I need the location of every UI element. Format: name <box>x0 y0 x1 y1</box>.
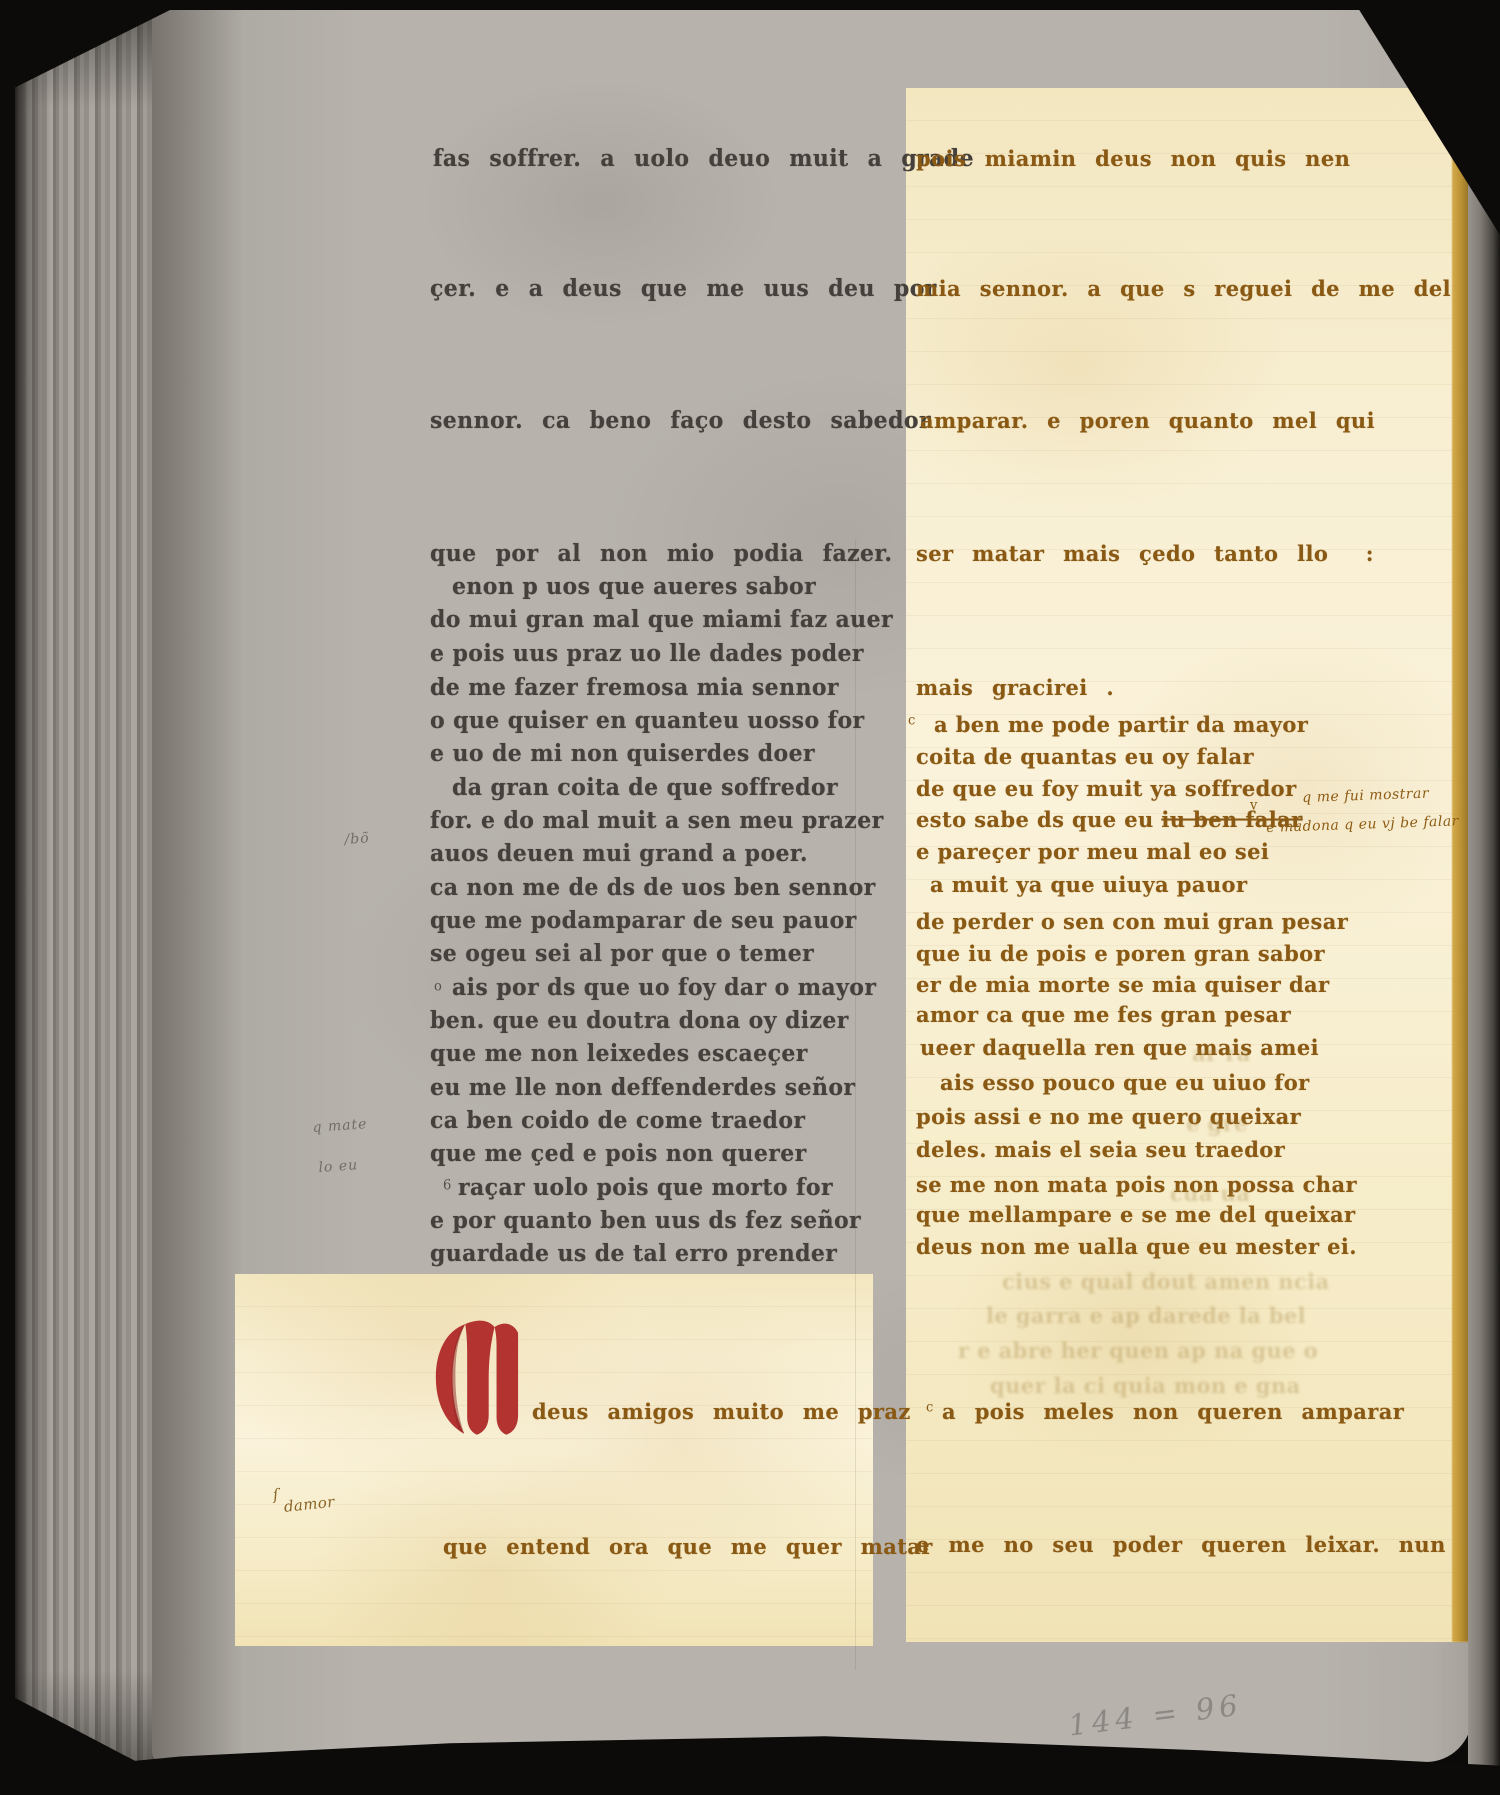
illuminated-initial-m <box>428 1316 522 1438</box>
manuscript-line-left: sennor. ca beno faço desto sabedor <box>430 407 931 434</box>
manuscript-line-left: eu me lle non deffenderdes señor <box>430 1074 855 1101</box>
manuscript-line-left: for. e do mal muit a sen meu prazer <box>430 807 884 834</box>
ruling-lines <box>235 1274 873 1646</box>
manuscript-line-right: pois miamin deus non quis nen <box>916 145 1350 171</box>
manuscript-line-left: raçar uolo pois que morto for <box>458 1174 833 1201</box>
manuscript-line-right: se me non mata pois non possa char <box>916 1171 1357 1197</box>
manuscript-line-right: ser matar mais çedo tanto llo : <box>916 540 1374 566</box>
manuscript-line-left: que me podamparar de seu pauor <box>430 907 857 934</box>
manuscript-line-left: do mui gran mal que miami faz auer <box>430 606 893 633</box>
margin-note: lo eu <box>318 1157 359 1176</box>
manuscript-line-left: da gran coita de que soffredor <box>452 774 838 801</box>
manuscript-line-right: mia sennor. a que s reguei de me del <box>916 275 1451 301</box>
manuscript-line-right: esto sabe ds que eu iu ben falar <box>916 806 1303 832</box>
manuscript-line-right: deles. mais el seia seu traedor <box>916 1136 1285 1162</box>
ink-mark: c <box>908 713 916 729</box>
ink-mark: c <box>926 1400 934 1416</box>
manuscript-line-right: e me no seu poder queren leixar. nun <box>916 1531 1446 1557</box>
manuscript-line-right: er de mia morte se mia quiser dar <box>916 971 1330 997</box>
fore-edge <box>1468 0 1500 1795</box>
ghost-showthrough-line: cua ua <box>1170 1180 1250 1206</box>
manuscript-line-bottom-left: que entend ora que me quer matar <box>443 1533 933 1559</box>
highlight-region-bottom-left <box>235 1274 873 1646</box>
manuscript-line-right: que mellampare e se me del queixar <box>916 1201 1356 1227</box>
manuscript-line-left: o que quiser en quanteu uosso for <box>430 707 865 734</box>
photo-frame-top <box>0 0 1500 9</box>
manuscript-line-left: guardade us de tal erro prender <box>430 1240 837 1267</box>
manuscript-line-right: amor ca que me fes gran pesar <box>916 1001 1291 1027</box>
stacked-page-edges <box>14 0 160 1795</box>
manuscript-line-right: amparar. e poren quanto mel qui <box>920 407 1375 433</box>
ghost-showthrough-line: r e abre her quen ap na gue o <box>958 1337 1318 1363</box>
manuscript-line-left: ais por ds que uo foy dar o mayor <box>452 974 876 1001</box>
manuscript-line-bottom-left: deus amigos muito me praz <box>532 1398 911 1424</box>
manuscript-line-left: ca ben coido de come traedor <box>430 1107 805 1134</box>
manuscript-line-left: ben. que eu doutra dona oy dizer <box>430 1007 849 1034</box>
manuscript-line-right: deus non me ualla que eu mester ei. <box>916 1233 1357 1259</box>
manuscript-line-right: de perder o sen con mui gran pesar <box>916 908 1348 934</box>
manuscript-line-right: a pois meles non queren amparar <box>942 1398 1404 1424</box>
manuscript-line-left: se ogeu sei al por que o temer <box>430 940 814 967</box>
manuscript-line-right: e pareçer por meu mal eo sei <box>916 838 1269 864</box>
manuscript-line-left: que por al non mio podia fazer. <box>430 540 892 567</box>
manuscript-line-right: coita de quantas eu oy falar <box>916 743 1254 769</box>
manuscript-line-left: ca non me de ds de uos ben sennor <box>430 874 876 901</box>
manuscript-photo: fas soffrer. a uolo deuo muit a gradeçer… <box>0 0 1500 1795</box>
manuscript-line-right: ais esso pouco que eu uiuo for <box>940 1069 1310 1095</box>
manuscript-line-left: de me fazer fremosa mia sennor <box>430 674 839 701</box>
manuscript-line-right: de que eu foy muit ya soffredor <box>916 775 1297 801</box>
manuscript-line-right: que iu de pois e poren gran sabor <box>916 940 1325 966</box>
manuscript-line-left: e uo de mi non quiserdes doer <box>430 740 815 767</box>
ghost-showthrough-line: le garra e ap darede la bel <box>986 1302 1306 1328</box>
photo-frame-left <box>0 0 15 1795</box>
manuscript-line-left: e pois uus praz uo lle dades poder <box>430 640 864 667</box>
manuscript-line-right: ueer daquella ren que mais amei <box>920 1034 1319 1060</box>
manuscript-line-left: e por quanto ben uus ds fez señor <box>430 1207 861 1234</box>
manuscript-line-left: fas soffrer. a uolo deuo muit a grade <box>433 145 974 172</box>
manuscript-line-right: mais gracirei . <box>916 674 1114 700</box>
manuscript-line-left: que me çed e pois non querer <box>430 1140 807 1167</box>
ink-mark: 6 <box>443 1178 452 1194</box>
manuscript-line-right: a ben me pode partir da mayor <box>934 711 1308 737</box>
ink-mark: v <box>1250 798 1258 814</box>
manuscript-line-left: enon p uos que aueres sabor <box>452 573 816 600</box>
ghost-showthrough-line: cius e qual dout amen ncia <box>1002 1268 1329 1294</box>
manuscript-line-left: auos deuen mui grand a poer. <box>430 840 808 867</box>
ghost-showthrough-line: ar ra <box>1192 1040 1251 1066</box>
ghost-showthrough-line: quer la ci quia mon e gna <box>990 1372 1301 1398</box>
ghost-showthrough-line: e gre <box>1186 1110 1248 1136</box>
ink-mark: o <box>434 979 442 995</box>
margin-note: /bõ <box>344 830 370 848</box>
manuscript-line-left: çer. e a deus que me uus deu por <box>430 275 937 302</box>
manuscript-line-left: que me non leixedes escaeçer <box>430 1040 808 1067</box>
manuscript-line-right: a muit ya que uiuya pauor <box>930 871 1247 897</box>
